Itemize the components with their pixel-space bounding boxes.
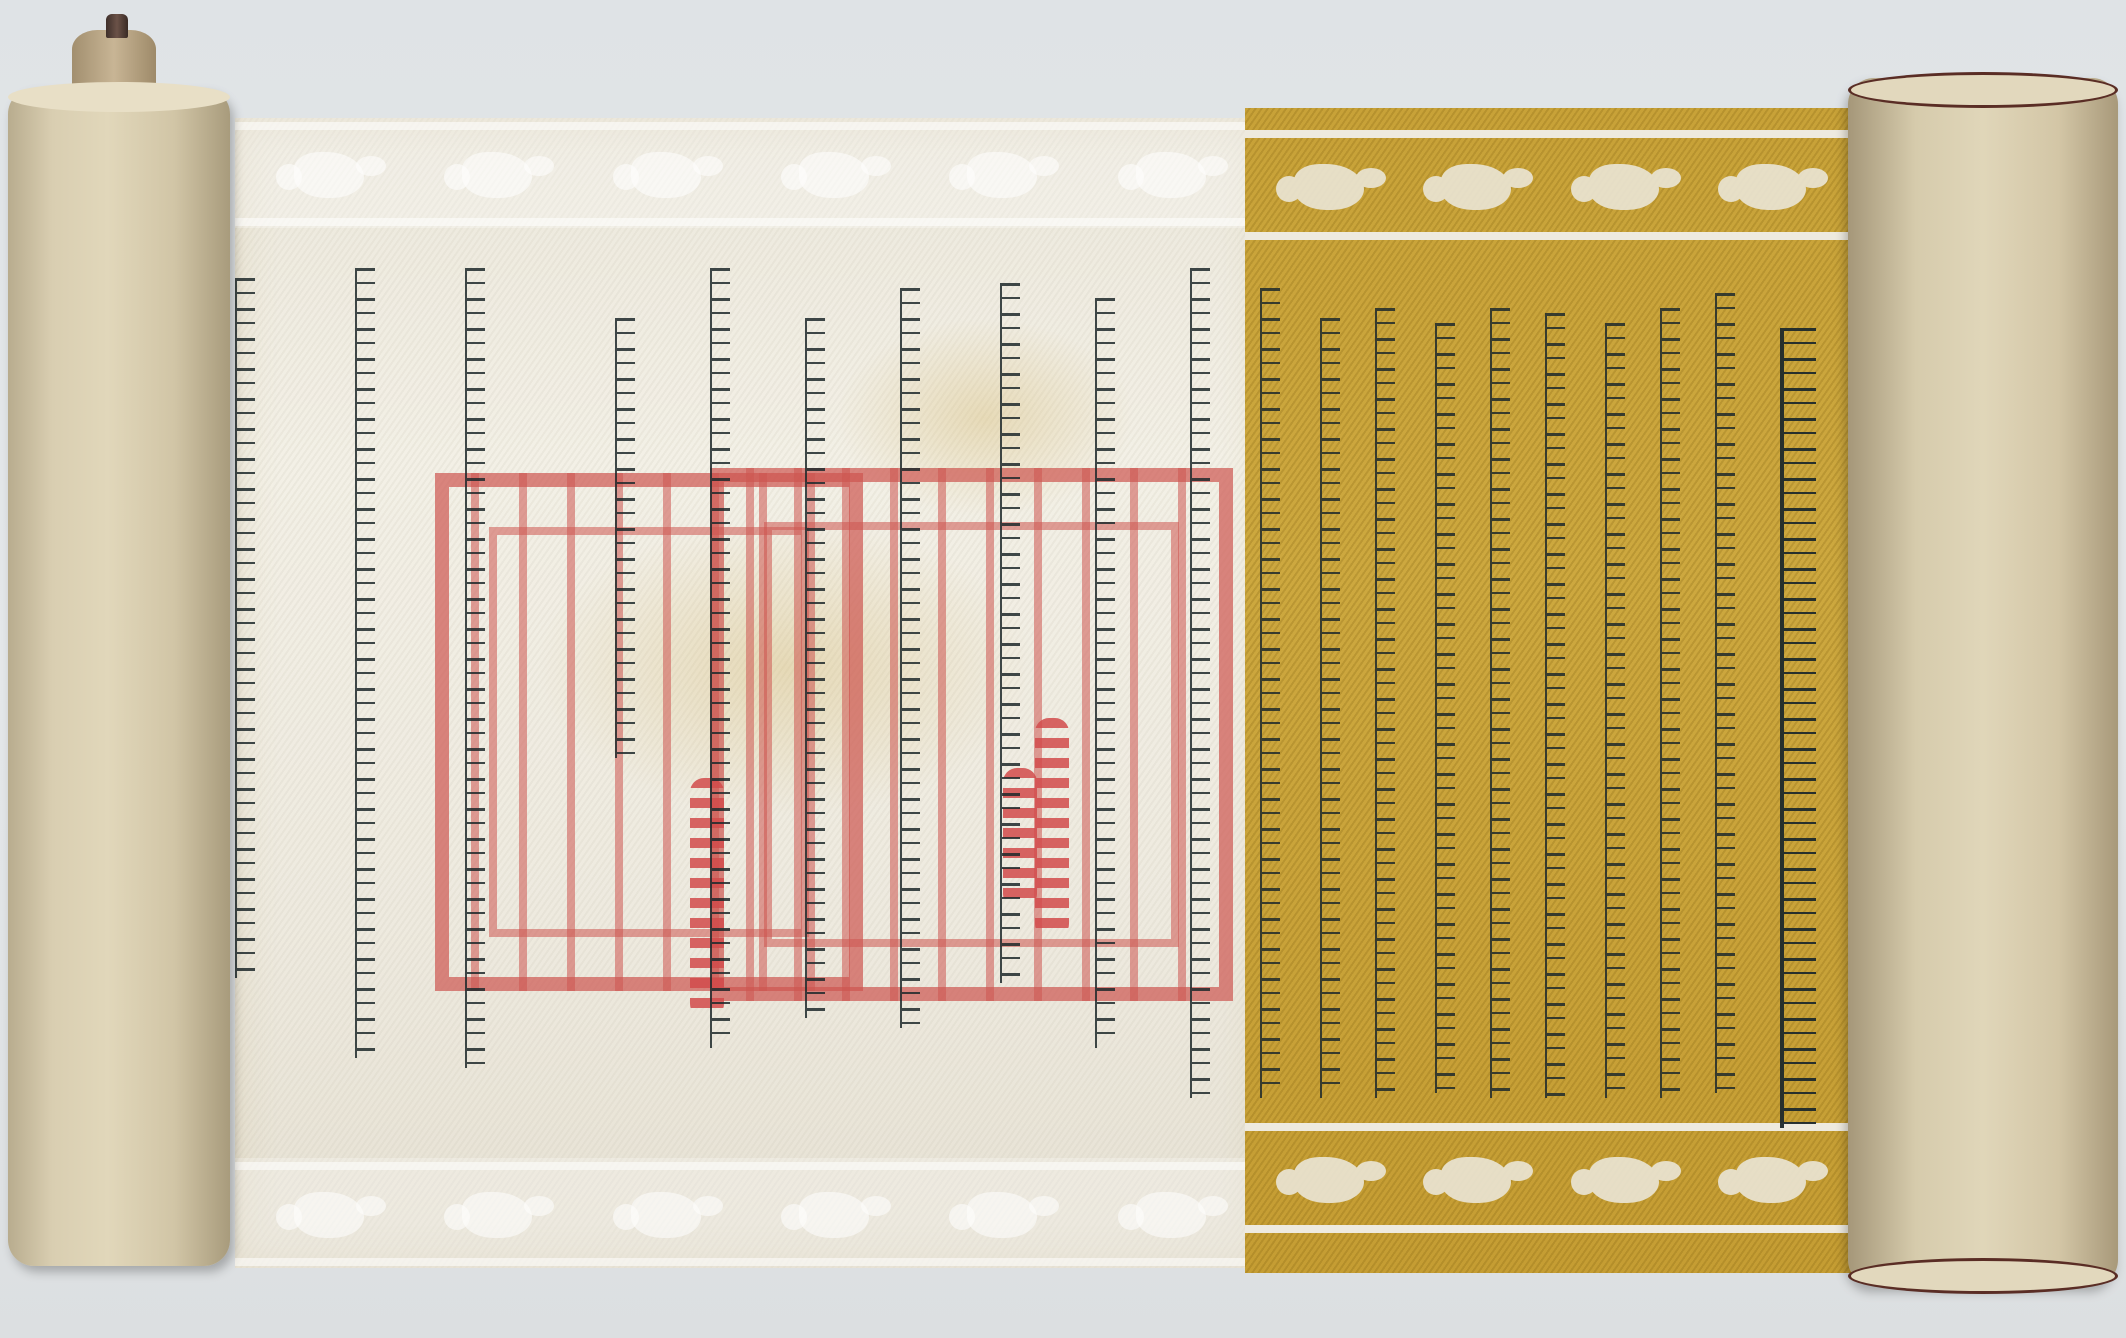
script-column	[710, 268, 730, 1048]
cloud-motif-icon	[1136, 1192, 1206, 1238]
dragon-motif-icon	[1736, 1157, 1806, 1203]
script-column	[805, 318, 825, 1018]
cloud-motif-icon	[967, 1192, 1037, 1238]
script-column	[615, 318, 635, 758]
red-seal-right	[710, 468, 1233, 1001]
white-silk-panel	[235, 118, 1265, 1268]
dragon-motif-icon	[1441, 1157, 1511, 1203]
cloud-motif-icon	[631, 152, 701, 198]
cloud-motif-icon	[1294, 164, 1364, 210]
script-column	[1660, 308, 1680, 1098]
script-column	[1320, 318, 1340, 1098]
right-roller	[1848, 78, 2118, 1286]
bottom-brocade-border	[235, 1158, 1265, 1268]
left-roller	[8, 88, 230, 1266]
cloud-motif-icon	[967, 152, 1037, 198]
script-column	[1605, 323, 1625, 1098]
bottom-brocade-border	[1245, 1123, 1855, 1233]
script-column	[1715, 293, 1735, 1093]
roller-pin	[106, 14, 128, 38]
cloud-motif-icon	[462, 152, 532, 198]
script-column	[1095, 298, 1115, 1048]
script-column	[1375, 308, 1395, 1098]
script-column	[1435, 323, 1455, 1093]
cloud-motif-icon	[1589, 164, 1659, 210]
cloud-motif-icon	[1294, 1157, 1364, 1203]
cloud-motif-icon	[799, 152, 869, 198]
cloud-motif-icon	[462, 1192, 532, 1238]
cloud-motif-icon	[294, 1192, 364, 1238]
cloud-motif-icon	[631, 1192, 701, 1238]
scroll-photo	[0, 0, 2126, 1338]
yellow-silk-panel	[1245, 108, 1855, 1273]
cloud-motif-icon	[294, 152, 364, 198]
cloud-motif-icon	[1589, 1157, 1659, 1203]
script-column	[900, 288, 920, 1028]
script-column	[355, 268, 375, 1058]
script-column	[1490, 308, 1510, 1098]
script-column	[1190, 268, 1210, 1098]
script-column	[1545, 313, 1565, 1098]
cloud-motif-icon	[799, 1192, 869, 1238]
top-brocade-border	[1245, 130, 1855, 240]
title-script-column	[1780, 328, 1816, 1128]
script-column	[235, 278, 255, 978]
script-column	[465, 268, 485, 1068]
script-column	[1260, 288, 1280, 1098]
dragon-motif-icon	[1736, 164, 1806, 210]
script-column	[1000, 283, 1020, 983]
dragon-motif-icon	[1441, 164, 1511, 210]
cloud-motif-icon	[1136, 152, 1206, 198]
top-brocade-border	[235, 118, 1265, 228]
red-seal-script	[1035, 718, 1069, 938]
